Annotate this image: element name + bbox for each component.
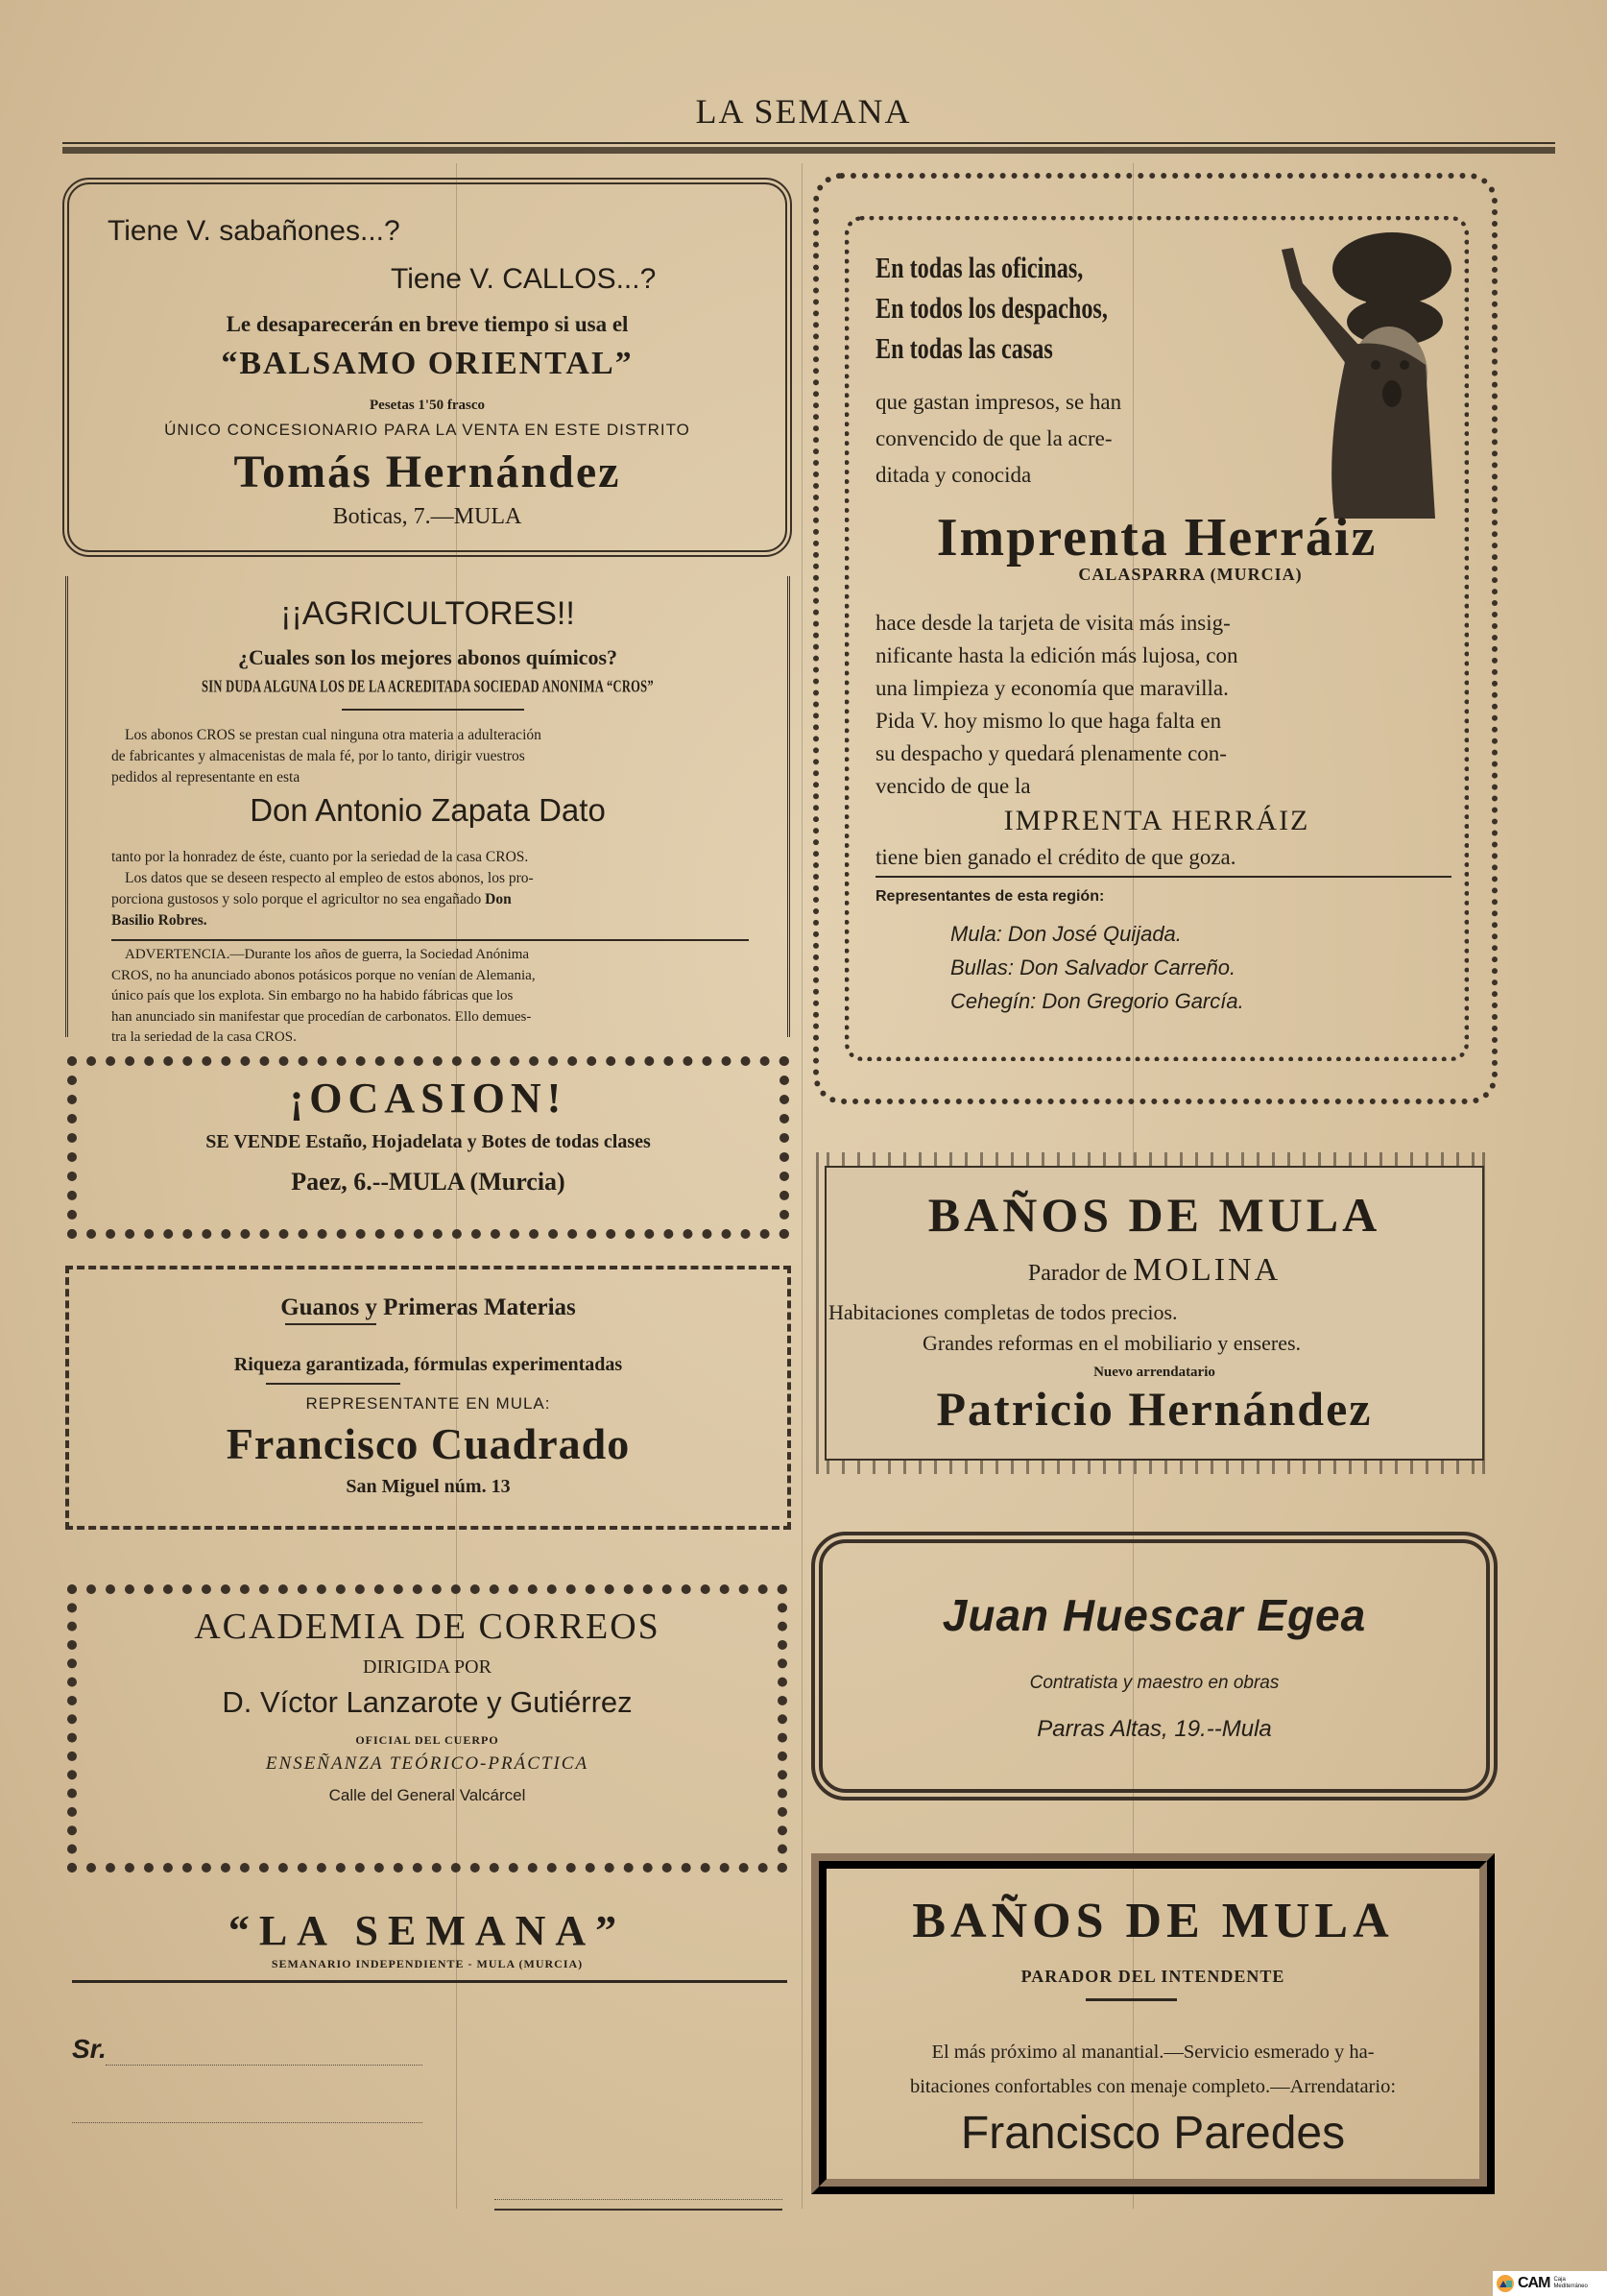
divider <box>1086 1998 1177 2001</box>
cam-brand: CAM <box>1518 2275 1549 2292</box>
ad-guanos: Guanos y Primeras Materias Riqueza garan… <box>65 1266 791 1530</box>
cam-line: Mediterráneo <box>1553 2284 1587 2290</box>
divider <box>285 1323 376 1325</box>
paragraph-line: de fabricantes y almacenistas de mala fé… <box>111 746 749 767</box>
contractor-role: Contratista y maestro en obras <box>823 1673 1486 1694</box>
ad-text: Le desaparecerán en breve tiempo si usa … <box>69 312 785 337</box>
ad-subtitle: PARADOR DEL INTENDENTE <box>827 1967 1479 1987</box>
address-rule <box>494 2209 782 2211</box>
masthead-title: “LA SEMANA” <box>62 1906 792 1955</box>
column-divider <box>802 163 803 2209</box>
contact-prefix: Don <box>485 891 512 907</box>
teaching-type: ENSEÑANZA TEÓRICO-PRÁCTICA <box>77 1753 778 1775</box>
subtitle-prefix: Parador de <box>1028 1261 1127 1286</box>
address: Paez, 6.--MULA (Murcia) <box>77 1168 780 1196</box>
masthead-subtitle: SEMANARIO INDEPENDIENTE - MULA (MURCIA) <box>62 1957 792 1971</box>
paragraph-line: tanto por la honradez de éste, cuanto po… <box>111 847 749 868</box>
address: Calle del General Valcárcel <box>77 1786 778 1805</box>
ad-subtitle: Parador de MOLINA <box>827 1252 1482 1289</box>
ad-text: bitaciones confortables con menaje compl… <box>827 2076 1479 2098</box>
reps-label: Representantes de esta región: <box>875 888 1104 906</box>
ad-title: BAÑOS DE MULA <box>827 1187 1482 1243</box>
divider <box>266 1383 400 1385</box>
cam-logo-icon <box>1497 2275 1514 2292</box>
address: Boticas, 7.—MULA <box>69 504 785 530</box>
divider <box>342 709 524 711</box>
ad-balsamo-oriental: Tiene V. sabañones...? Tiene V. CALLOS..… <box>62 178 792 557</box>
ad-text: Habitaciones completas de todos precios. <box>817 1300 1482 1325</box>
ad-text: DIRIGIDA POR <box>77 1656 778 1679</box>
representative: Bullas: Don Salvador Carreño. <box>950 951 1244 984</box>
paragraph-line: porciona gustosos y solo porque el agric… <box>111 891 481 907</box>
ad-ocasion: ¡OCASION! SE VENDE Estaño, Hojadelata y … <box>67 1056 789 1239</box>
ad-headline: Tiene V. sabañones...? <box>108 215 785 248</box>
warning-line: han anunciado sin manifestar que procedí… <box>111 1007 749 1028</box>
ad-agricultores: ¡¡AGRICULTORES!! ¿Cuales son los mejores… <box>65 576 790 1037</box>
address-line <box>72 2122 422 2123</box>
rep-label: REPRESENTANTE EN MULA: <box>69 1394 787 1414</box>
ad-text: nificante hasta la edición más lujosa, c… <box>875 640 1237 672</box>
divider <box>875 876 1451 878</box>
newspaper-title: LA SEMANA <box>0 91 1607 132</box>
representative-name: Don Antonio Zapata Dato <box>68 792 787 829</box>
mailing-salutation: Sr. <box>72 2034 107 2065</box>
ad-text: su despacho y quedará plenamente con- <box>875 737 1237 770</box>
printer-name-caps: IMPRENTA HERRÁIZ <box>845 805 1469 837</box>
tenant-name: Patricio Hernández <box>827 1381 1482 1437</box>
paragraph-line: Los abonos CROS se prestan cual ninguna … <box>111 725 749 746</box>
contact-name: Basilio Robres. <box>111 910 749 931</box>
ad-text: Pida V. hoy mismo lo que haga falta en <box>875 705 1237 737</box>
ad-headline: Tiene V. CALLOS...? <box>391 263 785 296</box>
contractor-name: Juan Huescar Egea <box>823 1589 1486 1641</box>
ad-text: vencido de que la <box>875 770 1237 803</box>
merchant-name: Tomás Hernández <box>69 446 785 498</box>
address: San Miguel núm. 13 <box>69 1476 787 1498</box>
ad-title: Guanos y Primeras Materias <box>69 1294 787 1321</box>
director-role: OFICIAL DEL CUERPO <box>77 1733 778 1748</box>
ad-title: BAÑOS DE MULA <box>827 1893 1479 1949</box>
masthead-rule <box>72 1980 787 1983</box>
ad-text: ditada y conocida <box>875 457 1121 494</box>
cam-line: Caja <box>1553 2277 1587 2284</box>
ad-answer: SIN DUDA ALGUNA LOS DE LA ACREDITADA SOC… <box>68 677 787 697</box>
subtitle-name: MOLINA <box>1133 1252 1281 1288</box>
ad-text: SE VENDE Estaño, Hojadelata y Botes de t… <box>77 1131 780 1153</box>
address-line <box>494 2199 782 2200</box>
product-name: “BALSAMO ORIENTAL” <box>69 346 785 382</box>
ad-subtitle: Riqueza garantizada, fórmulas experiment… <box>69 1354 787 1376</box>
paragraph-line: Los datos que se deseen respecto al empl… <box>111 868 749 889</box>
warning-line: CROS, no ha anunciado abonos potásicos p… <box>111 966 749 987</box>
ad-text: Grandes reformas en el mobiliario y ense… <box>923 1331 1482 1356</box>
ad-title: ¡OCASION! <box>77 1074 780 1123</box>
header-rule <box>62 142 1555 144</box>
director-name: D. Víctor Lanzarote y Gutiérrez <box>77 1685 778 1720</box>
representative: Cehegín: Don Gregorio García. <box>950 984 1244 1018</box>
ad-text: El más próximo al manantial.—Servicio es… <box>827 2042 1479 2064</box>
ad-question: ¿Cuales son los mejores abonos químicos? <box>68 645 787 670</box>
warning-line: ADVERTENCIA.—Durante los años de guerra,… <box>111 945 749 966</box>
ad-text: una limpieza y economía que maravilla. <box>875 672 1237 705</box>
ad-text: hace desde la tarjeta de visita más insi… <box>875 607 1237 640</box>
warning-line: tra la seriedad de la casa CROS. <box>111 1027 749 1049</box>
ad-banos-mula-intendente: BAÑOS DE MULA PARADOR DEL INTENDENTE El … <box>811 1853 1495 2194</box>
ad-headline: En todos los despachos, <box>875 288 1190 328</box>
ad-title: ¡¡AGRICULTORES!! <box>68 595 787 633</box>
address: Parras Altas, 19.--Mula <box>823 1716 1486 1743</box>
paragraph-line: pedidos al representante en esta <box>111 767 749 788</box>
printer-location: CALASPARRA (MURCIA) <box>950 565 1430 585</box>
pointing-man-illustration <box>1282 230 1474 519</box>
ad-title: ACADEMIA DE CORREOS <box>77 1606 778 1648</box>
ad-text: que gastan impresos, se han <box>875 384 1121 421</box>
ad-headline: En todas las oficinas, <box>875 248 1190 288</box>
divider <box>111 939 749 941</box>
tenant-label: Nuevo arrendatario <box>827 1365 1482 1381</box>
header-rule-thick <box>62 147 1555 154</box>
representative: Mula: Don José Quijada. <box>950 917 1244 951</box>
warning-line: único país que los explota. Sin embargo … <box>111 986 749 1007</box>
ad-text: tiene bien ganado el crédito de que goza… <box>875 845 1236 870</box>
rep-name: Francisco Cuadrado <box>69 1418 787 1469</box>
ad-banos-mula-molina: BAÑOS DE MULA Parador de MOLINA Habitaci… <box>811 1152 1498 1474</box>
concession-note: ÚNICO CONCESIONARIO PARA LA VENTA EN EST… <box>69 421 785 440</box>
ad-academia-correos: ACADEMIA DE CORREOS DIRIGIDA POR D. Víct… <box>67 1584 787 1873</box>
price: Pesetas 1'50 frasco <box>69 398 785 414</box>
ad-juan-huescar-egea: Juan Huescar Egea Contratista y maestro … <box>811 1532 1498 1801</box>
ad-text: convencido de que la acre- <box>875 421 1121 457</box>
ad-headline: En todas las casas <box>875 328 1190 369</box>
printer-name: Imprenta Herráiz <box>845 507 1469 568</box>
address-line <box>106 2065 422 2066</box>
cam-logo: CAM Caja Mediterráneo <box>1493 2271 1607 2296</box>
tenant-name: Francisco Paredes <box>827 2107 1479 2160</box>
